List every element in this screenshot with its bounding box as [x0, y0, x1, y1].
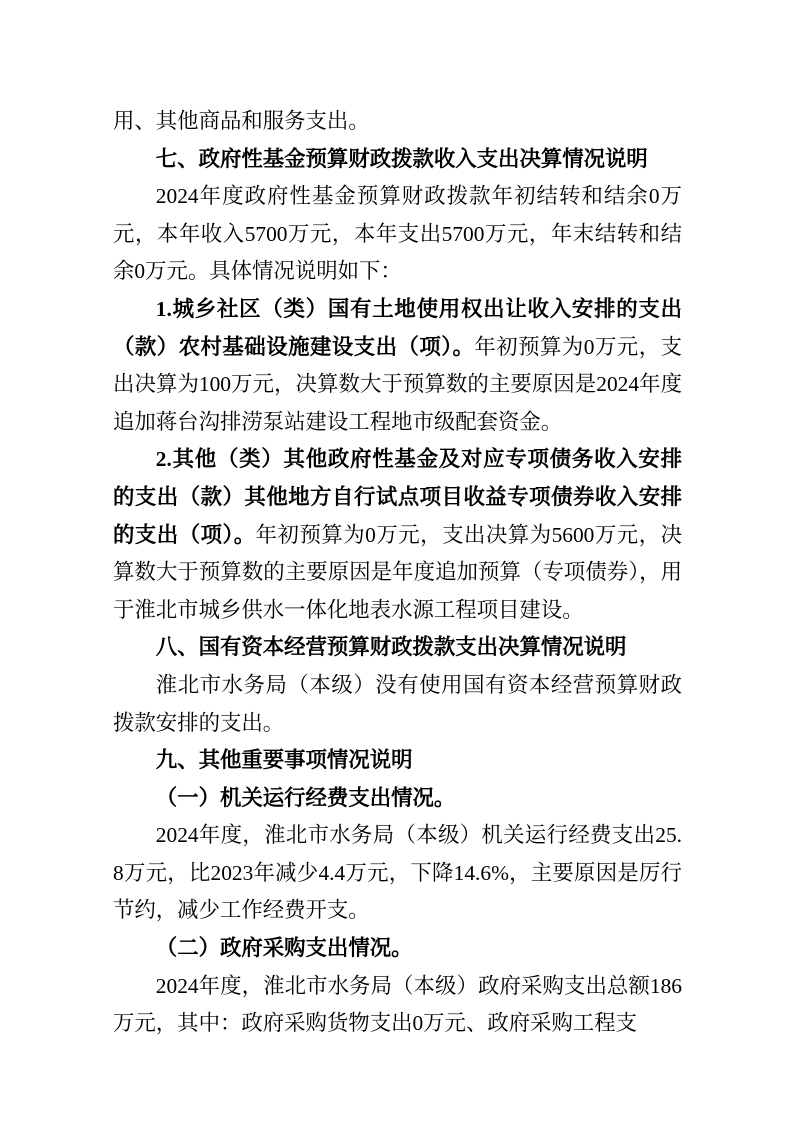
paragraph-operating-expense-detail: 2024年度，淮北市水务局（本级）机关运行经费支出25.8万元，比2023年减少… [113, 817, 682, 930]
text-segment-bold: （二）政府采购支出情况。 [156, 936, 413, 960]
subheading-nine-1-operating-expense: （一）机关运行经费支出情况。 [113, 780, 682, 818]
paragraph-item-2-other-govfund-bond: 2.其他（类）其他政府性基金及对应专项债务收入安排的支出（款）其他地方自行试点项… [113, 441, 682, 629]
heading-section-seven: 七、政府性基金预算财政拨款收入支出决算情况说明 [113, 141, 682, 179]
text-segment: 用、其他商品和服务支出。 [113, 109, 370, 133]
text-segment-bold: 八、国有资本经营预算财政拨款支出决算情况说明 [156, 635, 627, 659]
text-segment: 2024年度政府性基金预算财政拨款年初结转和结余0万元，本年收入5700万元，本… [113, 184, 682, 283]
heading-section-eight: 八、国有资本经营预算财政拨款支出决算情况说明 [113, 629, 682, 667]
text-segment-bold: 七、政府性基金预算财政拨款收入支出决算情况说明 [156, 147, 648, 171]
heading-section-nine: 九、其他重要事项情况说明 [113, 742, 682, 780]
subheading-nine-2-procurement: （二）政府采购支出情况。 [113, 930, 682, 968]
text-segment-bold: （一）机关运行经费支出情况。 [156, 786, 455, 810]
document-content: 用、其他商品和服务支出。七、政府性基金预算财政拨款收入支出决算情况说明2024年… [113, 103, 682, 1043]
text-segment: 2024年度，淮北市水务局（本级）机关运行经费支出25.8万元，比2023年减少… [113, 823, 682, 922]
paragraph-state-capital-none: 淮北市水务局（本级）没有使用国有资本经营预算财政拨款安排的支出。 [113, 667, 682, 742]
paragraph-carryover-from-previous-page: 用、其他商品和服务支出。 [113, 103, 682, 141]
document-page: 用、其他商品和服务支出。七、政府性基金预算财政拨款收入支出决算情况说明2024年… [0, 0, 793, 1122]
text-segment-bold: 九、其他重要事项情况说明 [156, 748, 413, 772]
text-segment: 2024年度，淮北市水务局（本级）政府采购支出总额186万元，其中：政府采购货物… [113, 974, 682, 1036]
paragraph-item-1-urban-rural-community: 1.城乡社区（类）国有土地使用权出让收入安排的支出（款）农村基础设施建设支出（项… [113, 291, 682, 441]
paragraph-procurement-detail-truncated: 2024年度，淮北市水务局（本级）政府采购支出总额186万元，其中：政府采购货物… [113, 968, 682, 1043]
text-segment: 淮北市水务局（本级）没有使用国有资本经营预算财政拨款安排的支出。 [113, 673, 682, 735]
paragraph-govfund-summary: 2024年度政府性基金预算财政拨款年初结转和结余0万元，本年收入5700万元，本… [113, 178, 682, 291]
